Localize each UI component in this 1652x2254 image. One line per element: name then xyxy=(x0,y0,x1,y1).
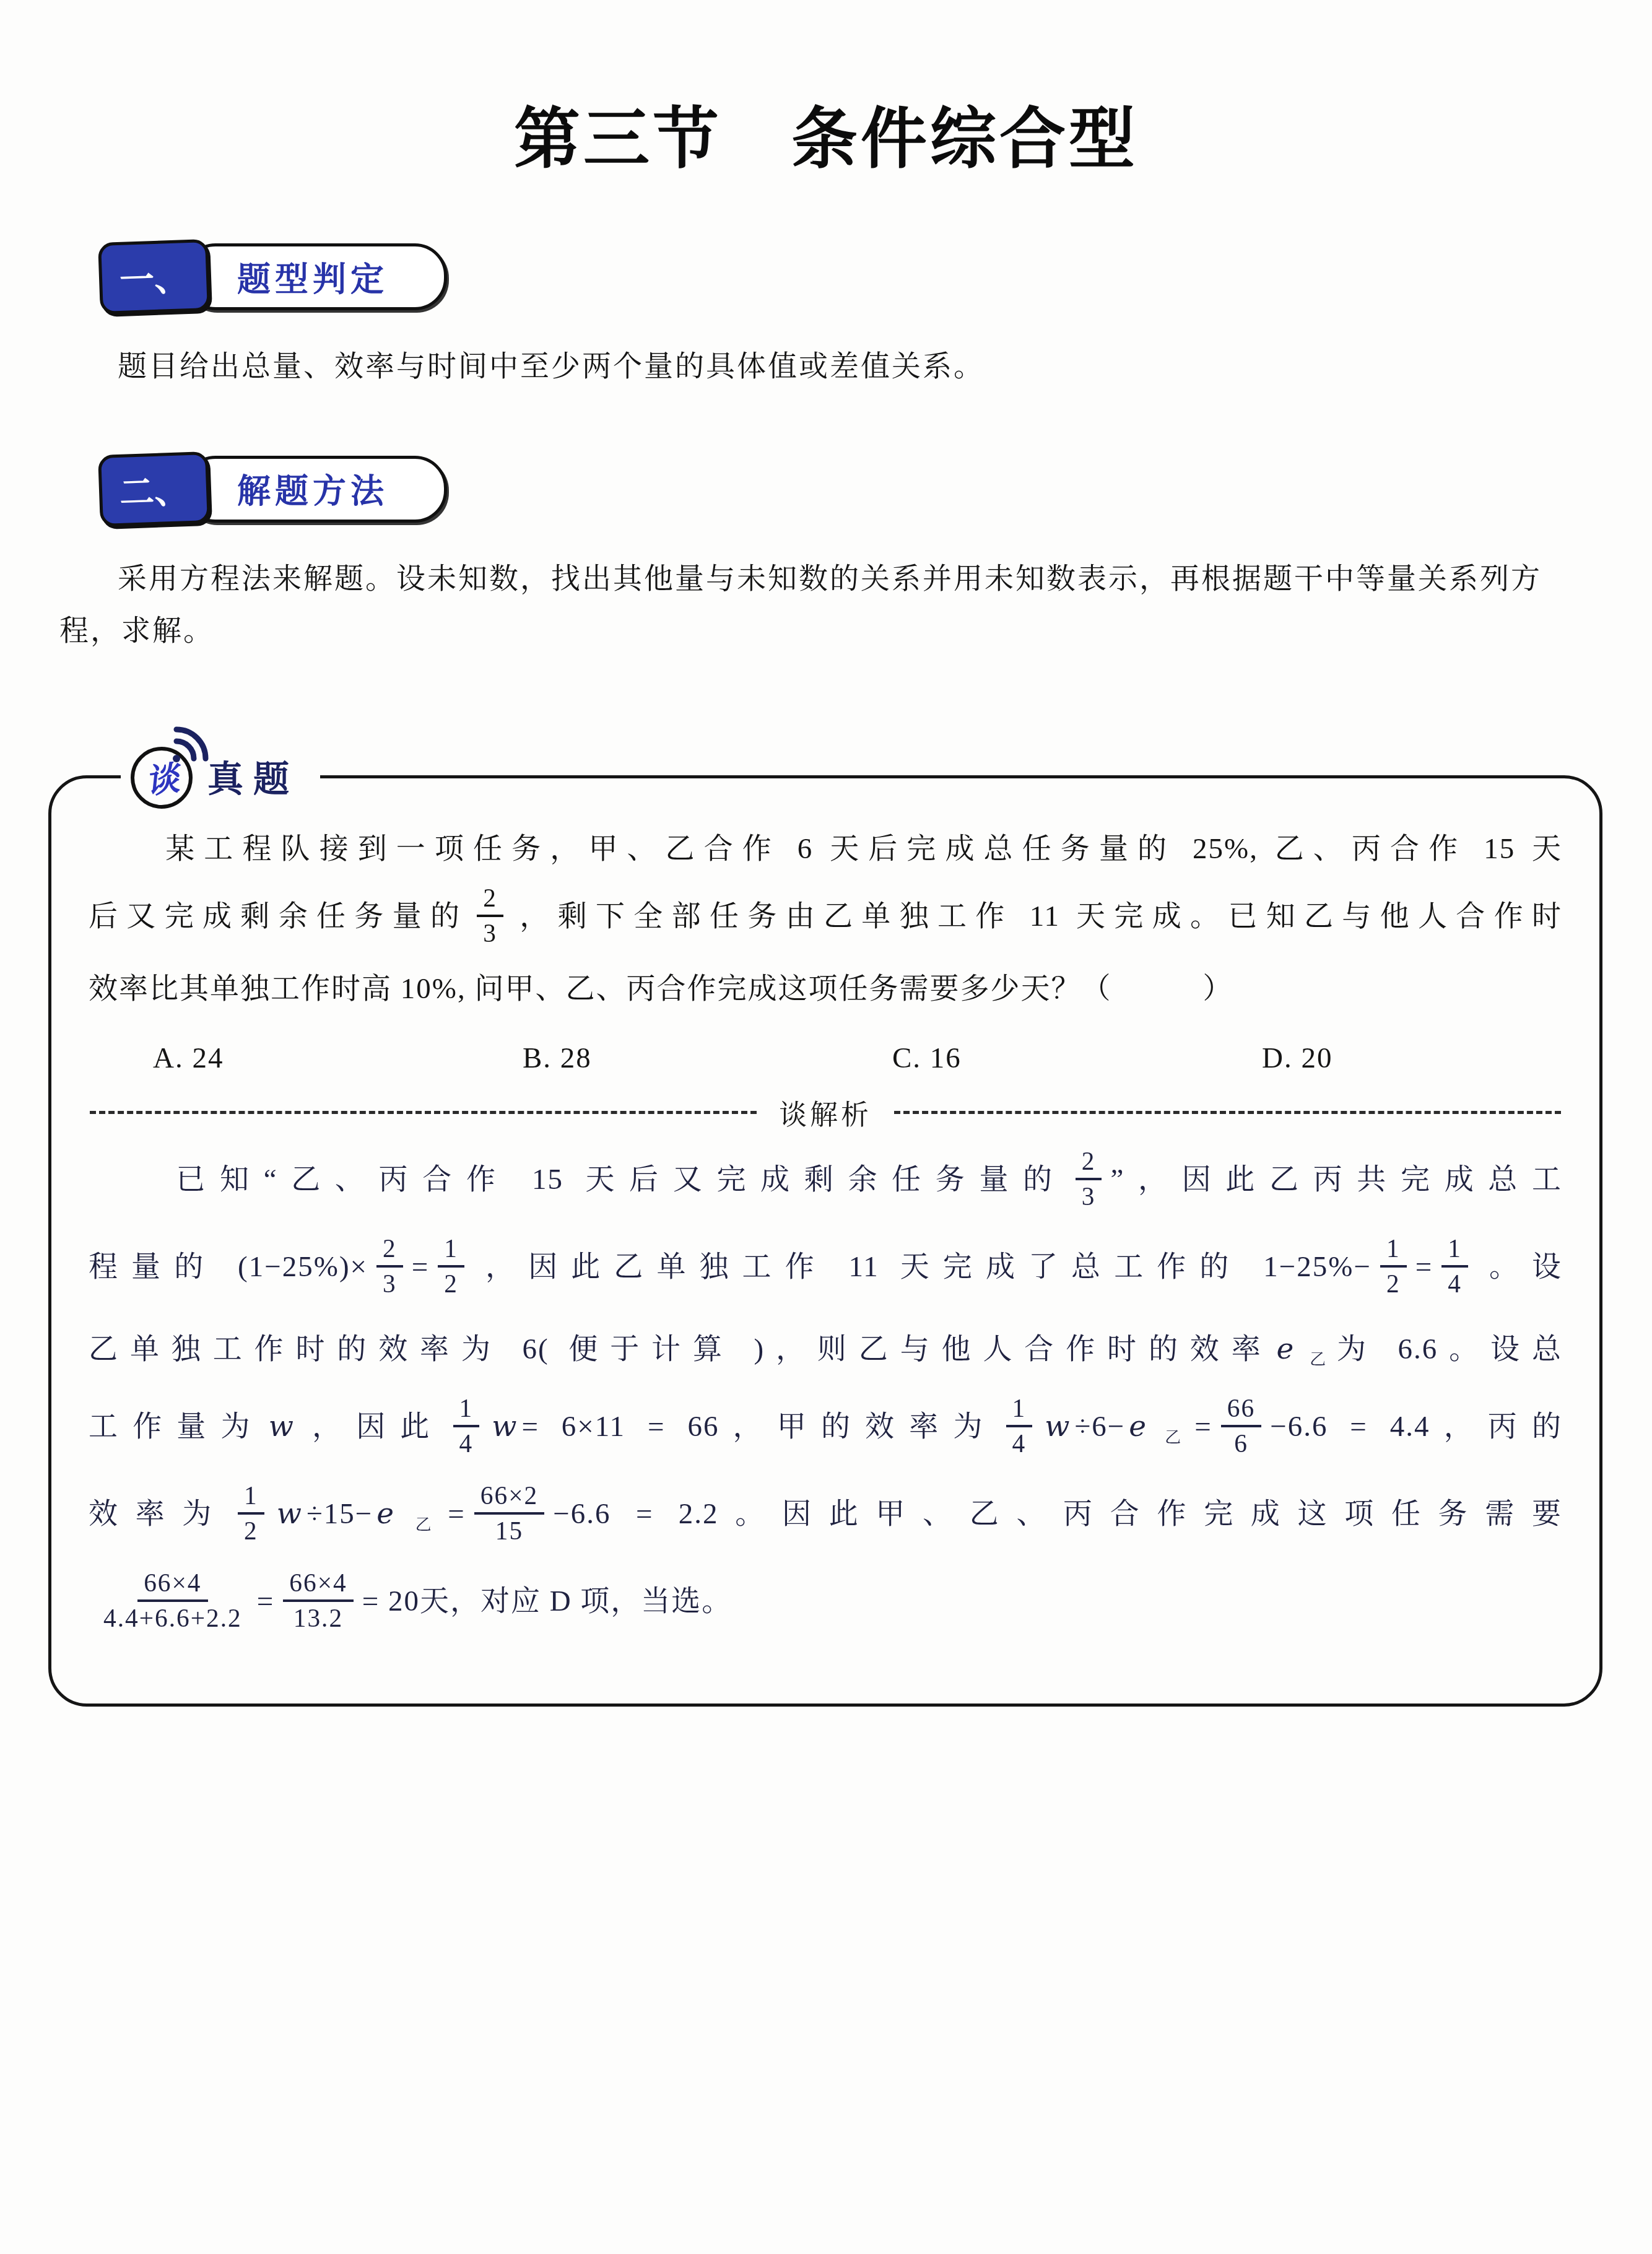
divider-dash-left xyxy=(90,1111,757,1114)
option-b: B. 28 xyxy=(456,1042,825,1075)
analysis-label: 谈解析 xyxy=(779,1092,872,1133)
page-title: 第三节 条件综合型 xyxy=(0,85,1652,181)
fraction: 12 xyxy=(1380,1234,1407,1299)
fraction: 23 xyxy=(376,1234,403,1299)
option-a: A. 24 xyxy=(86,1042,456,1075)
option-c: C. 16 xyxy=(825,1042,1195,1075)
math-variable: e xyxy=(1125,1409,1151,1443)
question-line: 效率比其单独工作时高 10%, 问甲、乙、丙合作完成这项任务需要多少天？（ ） xyxy=(86,958,1565,1020)
math-subscript: 乙 xyxy=(1151,1428,1194,1446)
fraction: 66×44.4+6.6+2.2 xyxy=(97,1569,248,1634)
question-line: 后又完成剩余任务量的23，剩下全部任务由乙单独工作 11 天完成。已知乙与他人合… xyxy=(86,881,1565,958)
exam-tag-label: 真题 xyxy=(207,750,299,806)
math-variable: e xyxy=(1273,1332,1299,1366)
exam-question-box: 谈 真题 某工程队接到一项任务，甲、乙合作 6 天后完成总任务量的 25%, 乙… xyxy=(48,775,1602,1707)
fraction: 23 xyxy=(1076,1147,1102,1212)
math-variable: w xyxy=(273,1497,306,1531)
solution-line: 乙单独工作时的效率为 6( 便于计算 )，则乙与他人合作时的效率e乙为 6.6。… xyxy=(86,1313,1565,1386)
section-1-title: 题型判定 xyxy=(183,243,447,310)
solution-line: 工作量为w，因此14w= 6×11 = 66，甲的效率为14w÷6−e乙=666… xyxy=(86,1386,1565,1473)
fraction: 666 xyxy=(1221,1394,1261,1459)
fraction: 14 xyxy=(453,1394,480,1459)
section-2-title: 解题方法 xyxy=(183,456,447,523)
exam-tag: 谈 真题 xyxy=(121,735,320,820)
math-variable: w xyxy=(488,1409,521,1443)
question-text: 某工程队接到一项任务，甲、乙合作 6 天后完成总任务量的 25%, 乙、丙合作 … xyxy=(86,818,1565,1020)
solution-line: 效率为12w÷15−e乙=66×215−6.6 = 2.2。因此甲、乙、丙合作完… xyxy=(86,1473,1565,1560)
section-2-badge: 二、 解题方法 xyxy=(99,453,1652,526)
fraction: 14 xyxy=(1006,1394,1033,1459)
fraction: 12 xyxy=(438,1234,464,1299)
signal-waves-icon xyxy=(170,726,211,764)
option-d: D. 20 xyxy=(1195,1042,1565,1075)
section-2-body: 采用方程法来解题。设未知数，找出其他量与未知数的关系并用未知数表示，再根据题干中… xyxy=(59,553,1593,658)
solution-text: 已知“乙、丙合作 15 天后又完成剩余任务量的23”，因此乙丙共完成总工程量的 … xyxy=(86,1139,1565,1648)
section-2-number-badge: 二、 xyxy=(98,451,211,527)
math-subscript: 乙 xyxy=(399,1515,448,1533)
solution-line: 66×44.4+6.6+2.2=66×413.2= 20天，对应 D 项，当选。 xyxy=(86,1560,1565,1648)
fraction: 12 xyxy=(238,1481,264,1546)
fraction: 66×413.2 xyxy=(283,1569,353,1634)
math-variable: e xyxy=(373,1497,399,1531)
section-1-body: 题目给出总量、效率与时间中至少两个量的具体值或差值关系。 xyxy=(59,341,1593,393)
math-variable: w xyxy=(1041,1409,1074,1443)
fraction: 14 xyxy=(1441,1234,1468,1299)
math-variable: w xyxy=(265,1409,298,1443)
analysis-divider: 谈解析 xyxy=(90,1092,1561,1133)
question-line: 某工程队接到一项任务，甲、乙合作 6 天后完成总任务量的 25%, 乙、丙合作 … xyxy=(86,818,1565,881)
exam-tag-circle: 谈 xyxy=(131,747,193,809)
solution-line: 程量的 (1−25%)×23=12，因此乙单独工作 11 天完成了总工作的 1−… xyxy=(86,1226,1565,1313)
section-1-number-badge: 一、 xyxy=(98,239,211,315)
math-subscript: 乙 xyxy=(1298,1351,1337,1368)
options-row: A. 24B. 28C. 16D. 20 xyxy=(86,1042,1565,1075)
fraction: 66×215 xyxy=(474,1481,544,1546)
divider-dash-right xyxy=(894,1111,1561,1114)
section-1-badge: 一、 题型判定 xyxy=(99,240,1652,313)
solution-line: 已知“乙、丙合作 15 天后又完成剩余任务量的23”，因此乙丙共完成总工 xyxy=(86,1139,1565,1226)
fraction: 23 xyxy=(477,884,503,949)
